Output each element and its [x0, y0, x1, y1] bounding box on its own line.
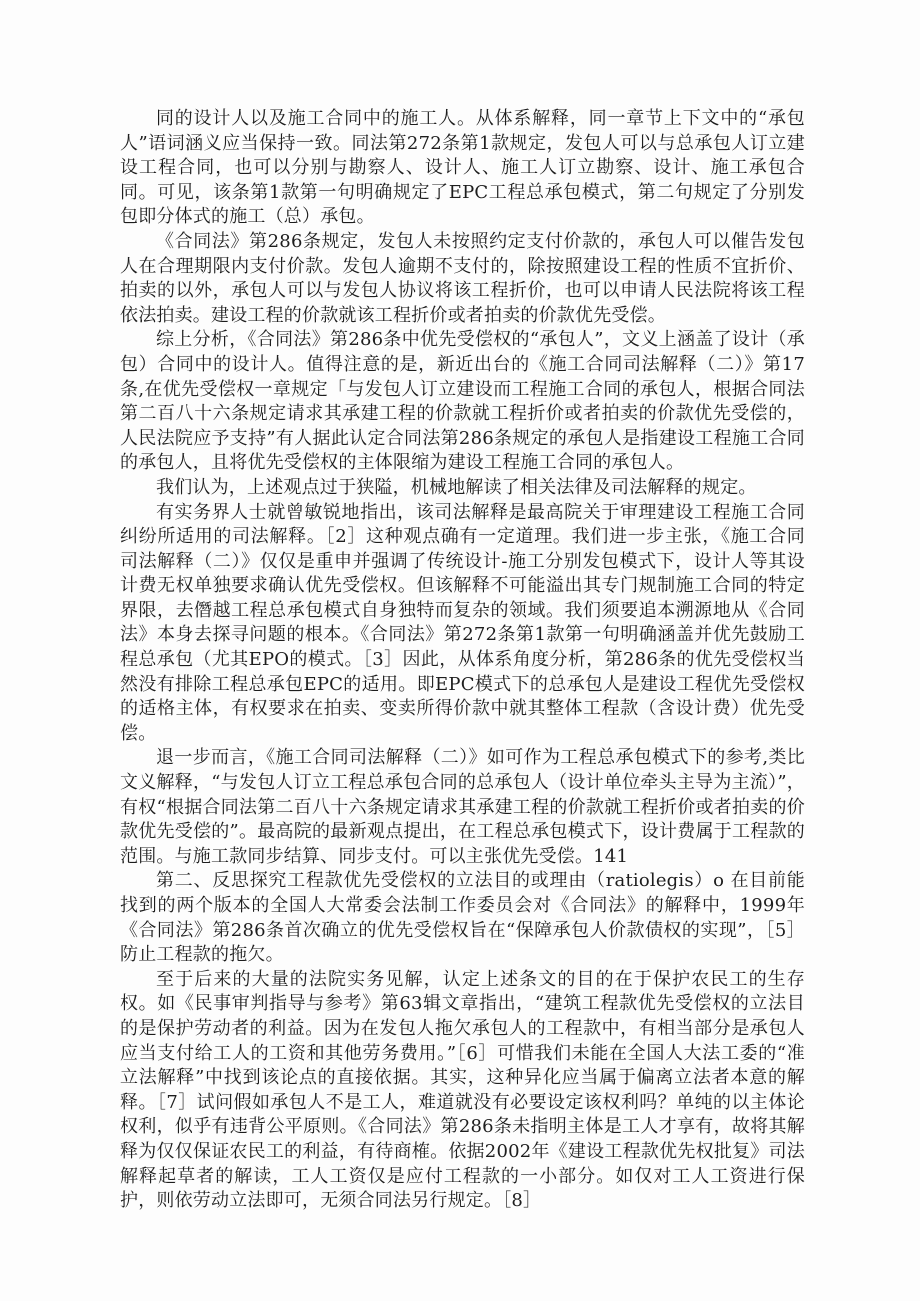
paragraph-3: 综上分析，《合同法》第286条中优先受偿权的“承包人”，文义上涵盖了设计（承包）…: [120, 328, 805, 476]
paragraph-2: 《合同法》第286条规定，发包人未按照约定支付价款的，承包人可以催告发包人在合理…: [120, 230, 805, 328]
paragraph-7: 第二、反思探究工程款优先受偿权的立法目的或理由（ratiolegis）o 在目前…: [120, 869, 805, 967]
document-text-block: 同的设计人以及施工合同中的施工人。从体系解释，同一章节上下文中的“承包人”语词涵…: [120, 107, 805, 1214]
paragraph-5: 有实务界人士就曾敏锐地指出，该司法解释是最高院关于审理建设工程施工合同纠纷所适用…: [120, 501, 805, 747]
paragraph-4: 我们认为，上述观点过于狭隘，机械地解读了相关法律及司法解释的规定。: [120, 476, 805, 501]
paragraph-6: 退一步而言，《施工合同司法解释（二）》如可作为工程总承包模式下的参考,类比文义解…: [120, 746, 805, 869]
paragraph-1: 同的设计人以及施工合同中的施工人。从体系解释，同一章节上下文中的“承包人”语词涵…: [120, 107, 805, 230]
paragraph-8: 至于后来的大量的法院实务见解，认定上述条文的目的在于保护农民工的生存权。如《民事…: [120, 968, 805, 1214]
document-page: 同的设计人以及施工合同中的施工人。从体系解释，同一章节上下文中的“承包人”语词涵…: [0, 0, 920, 1301]
